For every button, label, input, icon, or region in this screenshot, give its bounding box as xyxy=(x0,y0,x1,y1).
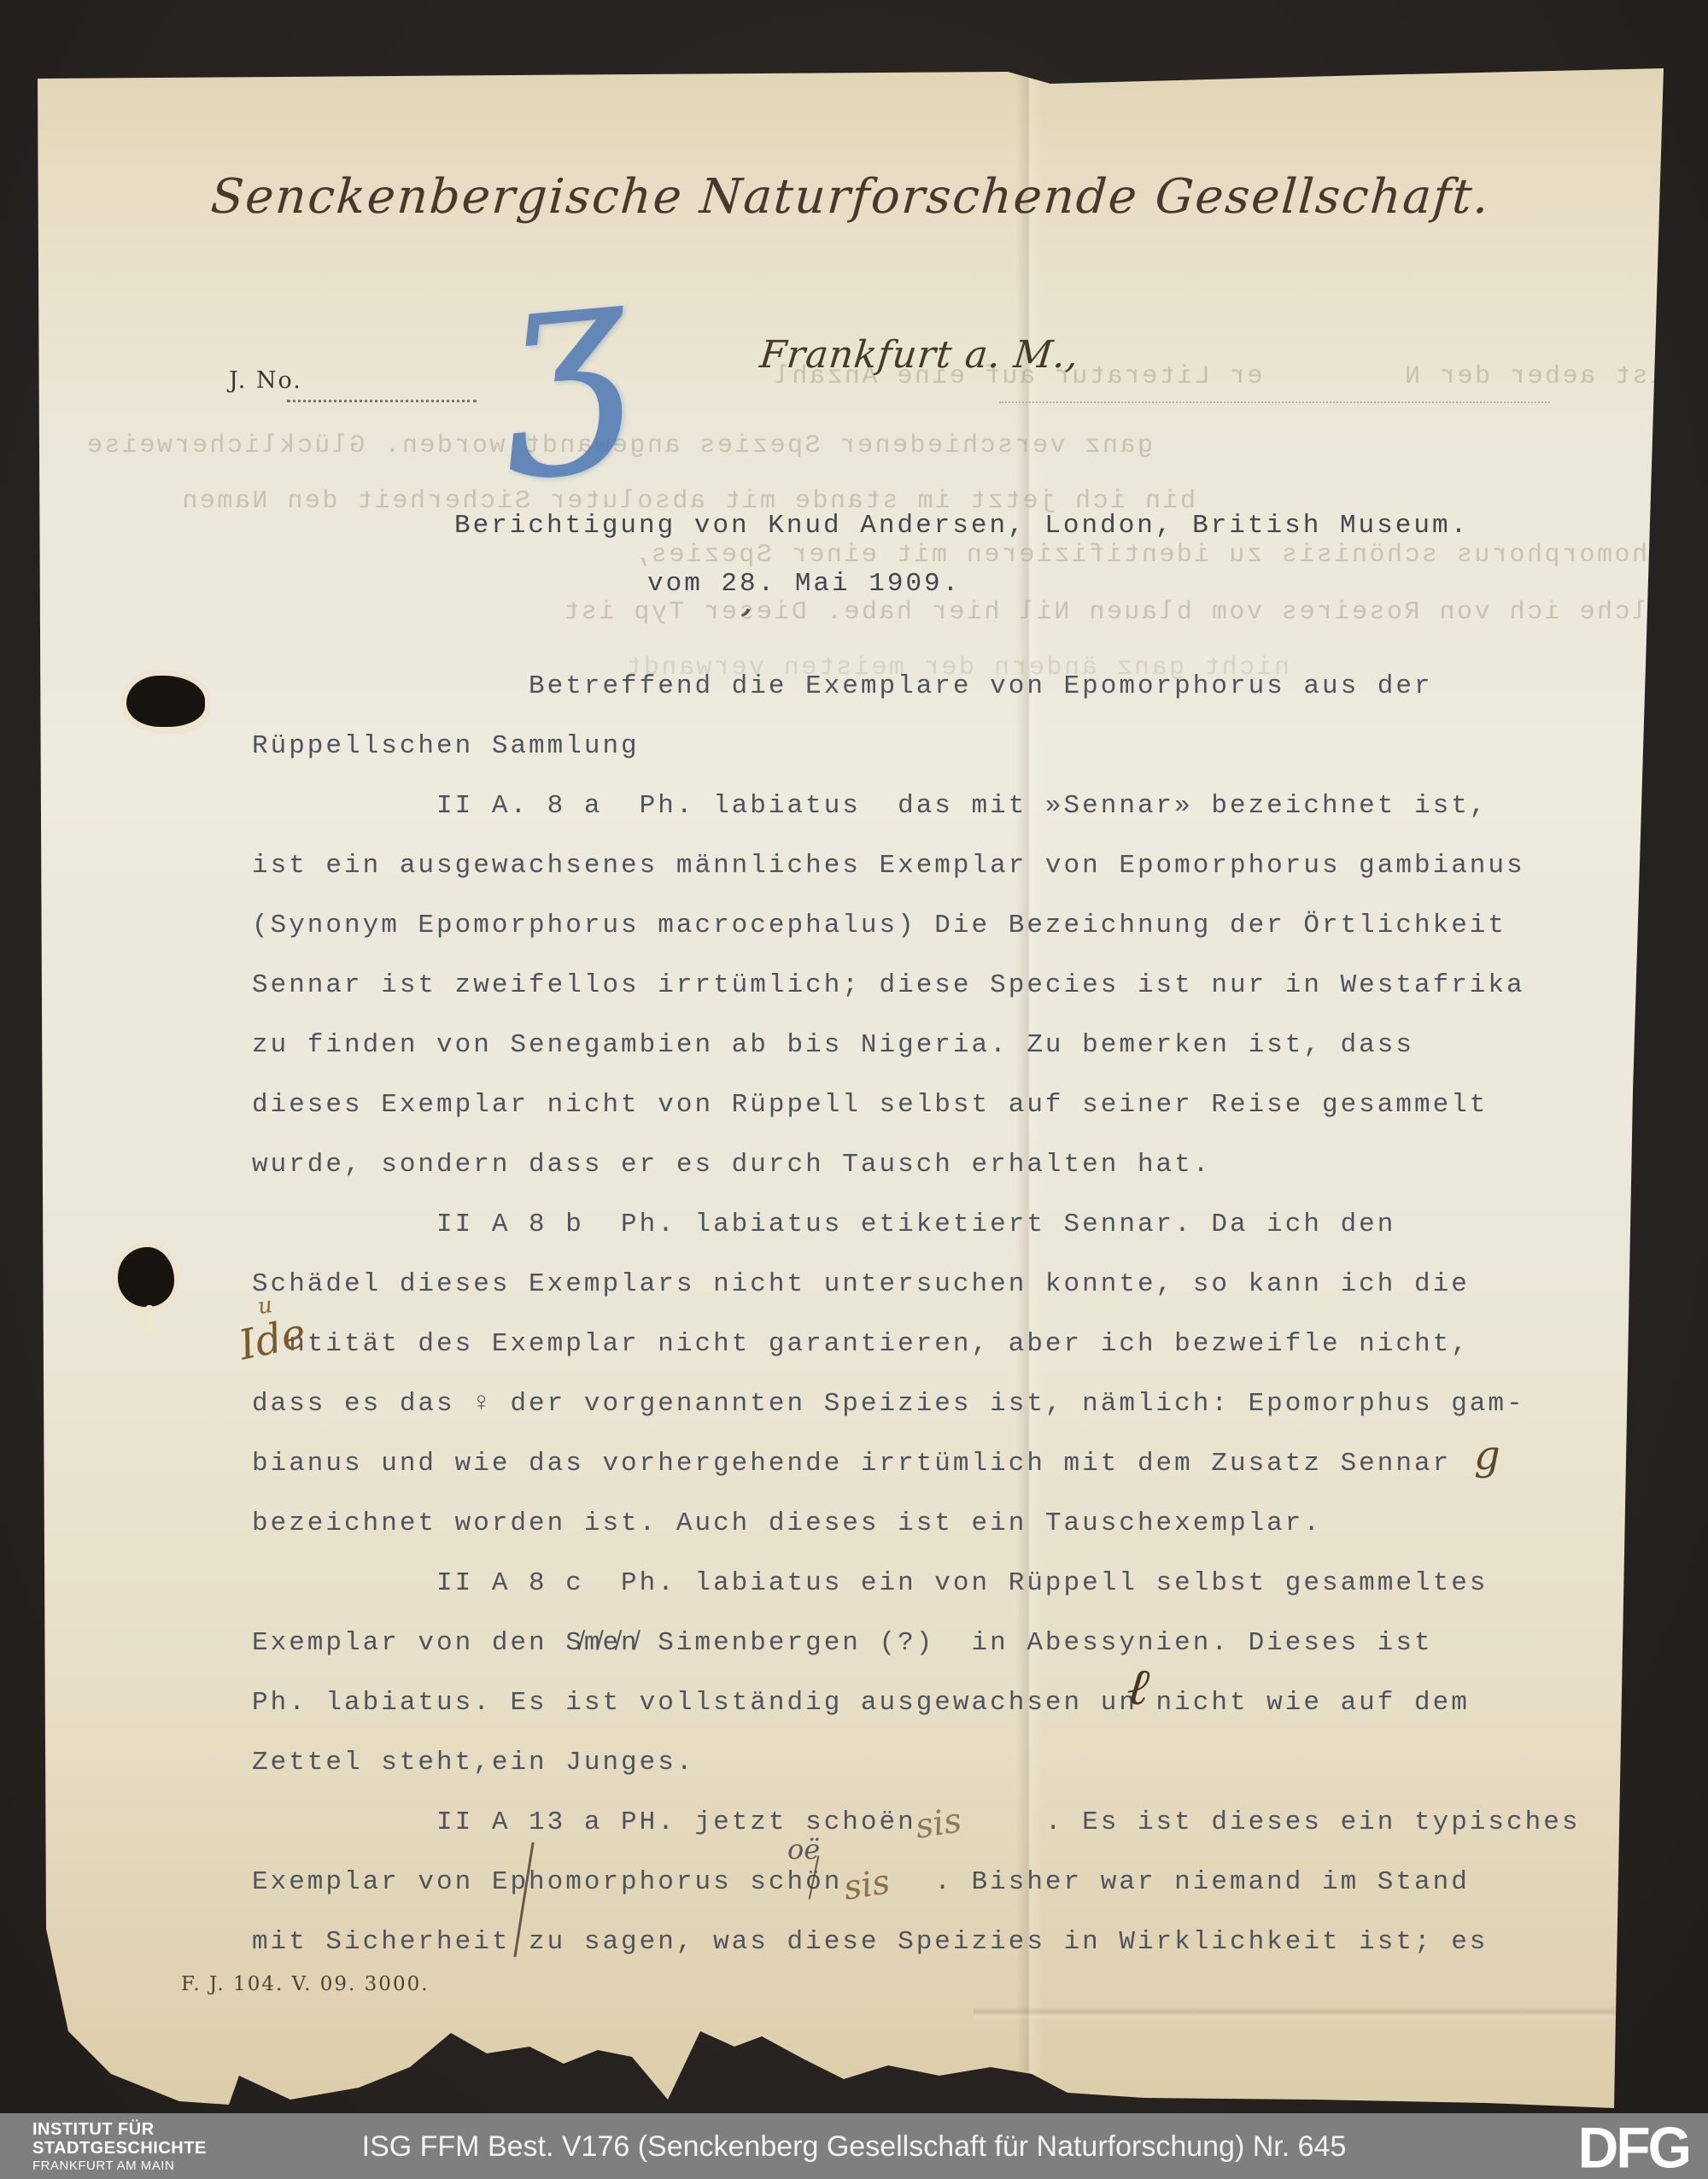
typed-line: mit Sicherheit zu sagen, was diese Speiz… xyxy=(252,1929,1488,1955)
form-number: F. J. 104. V. 09. 3000. xyxy=(181,1973,430,1995)
typed-line: ntität des Exemplar nicht garantieren, a… xyxy=(252,1331,1470,1357)
archive-footer-bar: INSTITUT FÜR STADTGESCHICHTE FRANKFURT A… xyxy=(0,2113,1708,2179)
handwritten-sis-insertion: sis xyxy=(841,1862,892,1908)
handwritten-sis-insertion: sis xyxy=(913,1801,964,1847)
torn-paper-sliver xyxy=(143,1305,155,1336)
typed-line: dieses Exemplar nicht von Rüppell selbst… xyxy=(252,1092,1488,1118)
letter-date-line: vom 28. Mai 1909. xyxy=(647,571,961,597)
typed-line: Exemplar von den S̸m̸e̸n̸ Simenbergen (?… xyxy=(252,1630,1433,1656)
ink-blot-hole xyxy=(126,676,205,727)
handwritten-g-correction: g xyxy=(1474,1432,1500,1479)
typed-line: II A. 8 a Ph. labiatus das mit »Sennar» … xyxy=(252,793,1488,819)
bleed-through-line: Ephomorphorus schönisis zu identifiziere… xyxy=(367,541,1682,570)
typed-body-text: Betreffend die Exemplare von Epomorphoru… xyxy=(252,673,1618,1997)
place-line-script: Frankfurt a. M., xyxy=(757,333,1081,377)
typed-line: zu finden von Senegambien ab bis Nigeria… xyxy=(252,1032,1414,1058)
typed-line: bezeichnet worden ist. Auch dieses ist e… xyxy=(252,1510,1322,1537)
typed-line: bianus und wie das vorhergehende irrtüml… xyxy=(252,1450,1451,1477)
place-line-rule xyxy=(999,401,1550,403)
typed-line: Rüppellschen Sammlung xyxy=(252,733,640,759)
ink-blot-hole xyxy=(118,1247,174,1307)
bleed-through-line: welche ich von Roseires vom blauen Nil h… xyxy=(256,598,1682,627)
bleed-through-line: ganz verschiedener Spezies angewandt wor… xyxy=(196,431,1153,460)
typed-line: (Synonym Epomorphorus macrocephalus) Die… xyxy=(252,912,1506,939)
typed-line: wurde, sondern dass er es durch Tausch e… xyxy=(252,1151,1211,1178)
journal-number-rule xyxy=(287,400,477,402)
typed-line: II A 8 c Ph. labiatus ein von Rüppell se… xyxy=(252,1570,1488,1596)
archive-reference-caption: ISG FFM Best. V176 (Senckenberg Gesellsc… xyxy=(0,2130,1708,2164)
dfg-logo: DFG xyxy=(1578,2114,1689,2179)
typed-line: Betreffend die Exemplare von Epomorphoru… xyxy=(252,673,1433,700)
letterhead-script: Senckenbergische Naturforschende Gesells… xyxy=(32,169,1670,225)
typed-line: dass es das ♀ der vorgenannten Speizies … xyxy=(252,1391,1525,1417)
handwritten-blue-number-3: ʒ xyxy=(491,212,639,489)
handwritten-oe-above: oë xyxy=(787,1833,820,1866)
typed-line: Sennar ist zweifellos irrtümlich; diese … xyxy=(252,972,1525,999)
typed-line: Ph. labiatus. Es ist vollständig ausgewa… xyxy=(252,1690,1470,1716)
typed-line: II A 8 b Ph. labiatus etiketiert Sennar.… xyxy=(252,1211,1395,1238)
scan-background: ist aeber der N er Literatur auf eine An… xyxy=(0,0,1708,2179)
typed-line: Schädel dieses Exemplars nicht untersuch… xyxy=(252,1271,1470,1297)
letter-page: ist aeber der N er Literatur auf eine An… xyxy=(34,67,1667,2113)
horizontal-fold-crease xyxy=(974,2007,1623,2021)
journal-number-label: J. No. xyxy=(229,367,302,394)
letter-subject-line: Berichtigung von Knud Andersen, London, … xyxy=(454,513,1469,539)
typed-line: Zettel steht,ein Junges. xyxy=(252,1749,694,1776)
typed-line: ist ein ausgewachsenes männliches Exempl… xyxy=(252,852,1525,879)
